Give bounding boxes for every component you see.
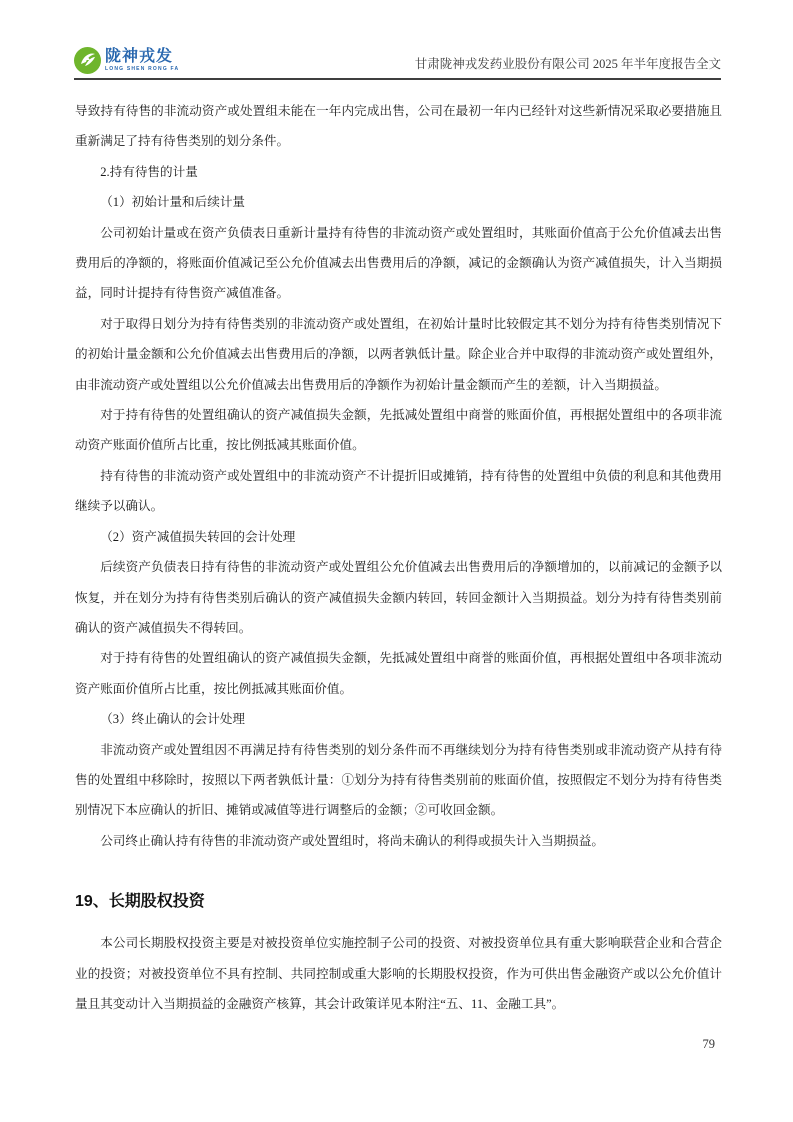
paragraph: 导致持有待售的非流动资产或处置组未能在一年内完成出售，公司在最初一年内已经针对这… [75,96,722,157]
section-heading: 19、长期股权投资 [75,890,722,914]
paragraph: （2）资产减值损失转回的会计处理 [75,522,722,552]
brand-text-block: 陇神戎发 LONG SHEN RONG FA [105,49,179,72]
logo-mark-icon [74,47,101,74]
paragraph: （3）终止确认的会计处理 [75,704,722,734]
paragraph: 后续资产负债表日持有待售的非流动资产或处置组公允价值减去出售费用后的净额增加的，… [75,552,722,643]
document-title: 甘肃陇神戎发药业股份有限公司 2025 年半年度报告全文 [415,54,721,74]
brand-name-en: LONG SHEN RONG FA [105,67,179,72]
paragraph: 对于持有待售的处置组确认的资产减值损失金额，先抵减处置组中商誉的账面价值，再根据… [75,643,722,704]
paragraph: （1）初始计量和后续计量 [75,187,722,217]
paragraph: 持有待售的非流动资产或处置组中的非流动资产不计提折旧或摊销，持有待售的处置组中负… [75,461,722,522]
paragraph: 2.持有待售的计量 [75,157,722,187]
report-page: 陇神戎发 LONG SHEN RONG FA 甘肃陇神戎发药业股份有限公司 20… [0,0,793,1122]
paragraph: 公司初始计量或在资产负债表日重新计量持有待售的非流动资产或处置组时，其账面价值高… [75,218,722,309]
paragraph: 对于持有待售的处置组确认的资产减值损失金额，先抵减处置组中商誉的账面价值，再根据… [75,400,722,461]
page-header: 陇神戎发 LONG SHEN RONG FA 甘肃陇神戎发药业股份有限公司 20… [74,44,721,80]
paragraph: 非流动资产或处置组因不再满足持有待售类别的划分条件而不再继续划分为持有待售类别或… [75,735,722,826]
paragraph: 公司终止确认持有待售的非流动资产或处置组时，将尚未确认的利得或损失计入当期损益。 [75,826,722,856]
company-logo: 陇神戎发 LONG SHEN RONG FA [74,47,179,74]
document-body: 导致持有待售的非流动资产或处置组未能在一年内完成出售，公司在最初一年内已经针对这… [75,96,722,1019]
paragraph: 对于取得日划分为持有待售类别的非流动资产或处置组，在初始计量时比较假定其不划分为… [75,309,722,400]
brand-name-cn: 陇神戎发 [105,49,179,65]
page-number: 79 [703,1037,716,1052]
paragraph: 本公司长期股权投资主要是对被投资单位实施控制子公司的投资、对被投资单位具有重大影… [75,928,722,1019]
